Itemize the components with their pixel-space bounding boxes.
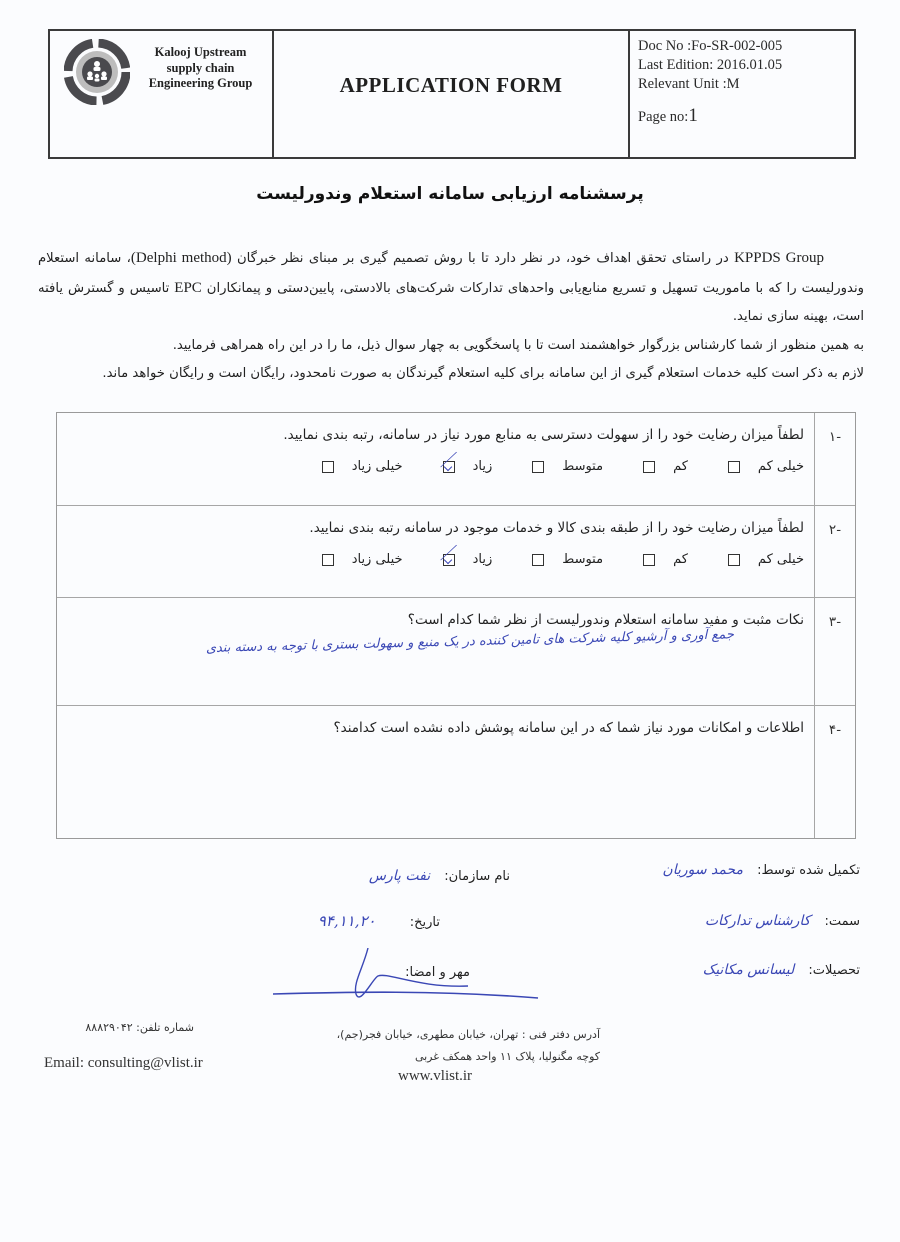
checkbox-checked[interactable] [443,554,455,566]
intro-paragraph-1: KPPDS Group در راستای تحقق اهداف خود، در… [38,244,864,332]
option-low[interactable]: کم [603,459,688,474]
question-number: -۴ [814,706,855,838]
option-label: خیلی کم [758,552,804,567]
page-label: Page no: [638,109,688,125]
question-row-3: -۳ نکات مثبت و مفید سامانه استعلام وندور… [57,598,855,706]
intro-paragraph-2: به همین منظور از شما کارشناس بزرگوار خوا… [38,332,864,361]
group-network-circular-arrows-icon [64,39,130,105]
company-name-line1: Kalooj Upstream [133,45,268,61]
website-link[interactable]: www.vlist.ir [398,1068,472,1085]
company-name: Kalooj Upstream supply chain Engineering… [133,45,268,92]
group-name: KPPDS Group [734,250,824,266]
question-number: -۳ [814,598,855,705]
option-label: خیلی کم [758,459,804,474]
position-label: سمت: [824,914,860,929]
checkbox-checked[interactable] [443,461,455,473]
checkbox[interactable] [728,554,740,566]
option-label: خیلی زیاد [352,459,403,474]
delphi-method: (Delphi method) [131,250,232,266]
page-number-value: 1 [688,105,698,126]
document-meta: Doc No :Fo-SR-002-005 Last Edition: 2016… [630,31,854,157]
checkbox[interactable] [322,554,334,566]
phone-value: ۸۸۸۲۹۰۴۲ [85,1021,132,1034]
option-label: زیاد [473,459,493,474]
form-type-title: APPLICATION FORM [274,31,630,157]
intro-text: KPPDS Group در راستای تحقق اهداف خود، در… [38,244,864,389]
address-line-2: کوچه مگنولیا، پلاک ۱۱ واحد همکف غربی [260,1046,600,1068]
option-low[interactable]: کم [603,552,688,567]
question-text: نکات مثبت و مفید سامانه استعلام وندورلیس… [67,612,804,628]
date-value[interactable]: ۹۴,۱۱,۲۰ [318,912,376,930]
education-label: تحصیلات: [808,963,860,978]
phone-number: شماره تلفن: ۸۸۸۲۹۰۴۲ [44,1021,194,1034]
handwritten-signature[interactable] [268,948,543,1008]
email[interactable]: Email: consulting@vlist.ir [44,1055,203,1072]
option-medium[interactable]: متوسط [492,459,603,474]
option-label: متوسط [562,552,603,567]
option-very-high[interactable]: خیلی زیاد [282,552,403,567]
question-body: نکات مثبت و مفید سامانه استعلام وندورلیس… [57,598,814,705]
checkbox[interactable] [643,554,655,566]
organization-field: نام سازمان: نفت پارس [270,868,510,884]
question-body: اطلاعات و امکانات مورد نیاز شما که در ای… [57,706,814,838]
phone-label: شماره تلفن: [136,1021,194,1034]
company-logo-cell: Kalooj Upstream supply chain Engineering… [50,31,274,157]
document-header: Kalooj Upstream supply chain Engineering… [48,29,856,159]
last-edition: Last Edition: 2016.01.05 [638,56,854,75]
question-number: -۱ [814,413,855,505]
education-field: تحصیلات: لیسانس مکانیک [620,962,860,978]
option-very-low[interactable]: خیلی کم [688,459,804,474]
checkbox[interactable] [532,461,544,473]
relevant-unit: Relevant Unit :M [638,75,854,94]
intro-paragraph-3: لازم به ذکر است کلیه خدمات استعلام گیری … [38,360,864,389]
checkbox[interactable] [728,461,740,473]
company-name-line3: Engineering Group [133,76,268,92]
checkbox[interactable] [643,461,655,473]
question-row-2: -۲ لطفاً میزان رضایت خود را از طبقه بندی… [57,506,855,598]
intro-p1-text-a: در راستای تحقق اهداف خود، در نظر دارد تا… [232,251,734,266]
doc-number: Doc No :Fo-SR-002-005 [638,37,854,56]
position-value[interactable]: کارشناس تدارکات [705,913,810,929]
office-address: آدرس دفتر فنی : تهران، خیابان مطهری، خیا… [260,1024,600,1068]
form-title: پرسشنامه ارزیابی سامانه استعلام وندورلیس… [0,184,900,204]
education-value[interactable]: لیسانس مکانیک [703,962,795,978]
rating-options: خیلی کم کم متوسط زیاد خیلی زیاد [67,552,804,567]
checkbox[interactable] [322,461,334,473]
option-high[interactable]: زیاد [403,552,493,567]
rating-options: خیلی کم کم متوسط زیاد خیلی زیاد [67,459,804,474]
question-text: لطفاً میزان رضایت خود را از سهولت دسترسی… [67,427,804,443]
address-line-1: آدرس دفتر فنی : تهران، خیابان مطهری، خیا… [260,1024,600,1046]
option-very-high[interactable]: خیلی زیاد [282,459,403,474]
company-name-line2: supply chain [133,61,268,77]
option-high[interactable]: زیاد [403,459,493,474]
question-number: -۲ [814,506,855,597]
epc-term: EPC [174,280,202,296]
date-label: تاریخ: [410,915,440,930]
checkbox[interactable] [532,554,544,566]
questions-table: -۱ لطفاً میزان رضایت خود را از سهولت دست… [56,412,856,839]
question-body: لطفاً میزان رضایت خود را از سهولت دسترسی… [57,413,814,505]
option-label: زیاد [473,552,493,567]
option-label: خیلی زیاد [352,552,403,567]
organization-label: نام سازمان: [444,869,510,884]
completed-by-value[interactable]: محمد سوریان [662,862,743,878]
page-number: Page no:1 [638,106,854,127]
question-text: لطفاً میزان رضایت خود را از طبقه بندی کا… [67,520,804,536]
option-label: کم [673,552,688,567]
completed-by-field: تکمیل شده توسط: محمد سوریان [620,862,860,878]
question-body: لطفاً میزان رضایت خود را از طبقه بندی کا… [57,506,814,597]
option-label: متوسط [562,459,603,474]
question-row-1: -۱ لطفاً میزان رضایت خود را از سهولت دست… [57,413,855,506]
completed-by-label: تکمیل شده توسط: [757,863,860,878]
organization-value[interactable]: نفت پارس [369,868,430,884]
handwritten-answer[interactable]: جمع آوری و آرشیو کلیه شرکت های تامین کنن… [67,627,734,659]
question-text: اطلاعات و امکانات مورد نیاز شما که در ای… [67,720,804,736]
position-field: سمت: کارشناس تدارکات [620,913,860,929]
question-row-4: -۴ اطلاعات و امکانات مورد نیاز شما که در… [57,706,855,838]
option-medium[interactable]: متوسط [492,552,603,567]
date-field: تاریخ: ۹۴,۱۱,۲۰ [280,912,440,930]
option-label: کم [673,459,688,474]
option-very-low[interactable]: خیلی کم [688,552,804,567]
